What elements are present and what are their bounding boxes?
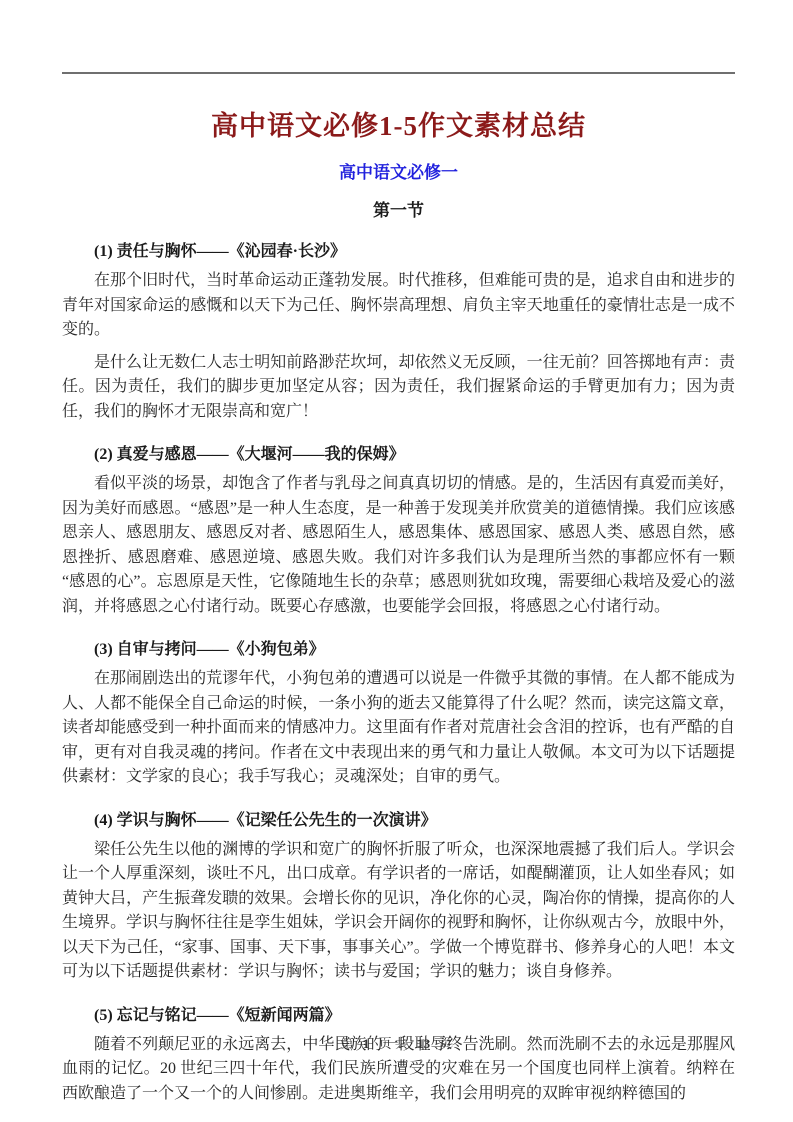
body-paragraph: 梁任公先生以他的渊博的学识和宽广的胸怀折服了听众，也深深地震撼了我们后人。学识会…: [62, 838, 735, 985]
footer-label-of: 页 共: [379, 1036, 408, 1051]
body-paragraph: 在那闹剧迭出的荒谬年代，小狗包弟的遭遇可以说是一件微乎其微的事情。在人都不能成为…: [62, 667, 735, 790]
body-paragraph: 是什么让无数仁人志士明知前路渺茫坎坷，却依然义无反顾，一往无前？回答掷地有声：责…: [62, 351, 735, 425]
page-footer: 第 1 页 共 13 页: [0, 1033, 793, 1052]
header-rule: [62, 72, 735, 74]
footer-total-pages: 13: [417, 1036, 430, 1051]
footer-label-pages: 页: [439, 1036, 452, 1051]
doc-subtitle: 高中语文必修一: [62, 158, 735, 183]
section-title: 第一节: [62, 196, 735, 221]
doc-title: 高中语文必修1-5作文素材总结: [62, 104, 735, 143]
item-heading-3: (3) 自审与拷问——《小狗包弟》: [62, 636, 735, 659]
footer-current-page: 1: [363, 1036, 370, 1051]
document-page: 高中语文必修1-5作文素材总结 高中语文必修一 第一节 (1) 责任与胸怀——《…: [0, 0, 793, 1122]
item-heading-1: (1) 责任与胸怀——《沁园春·长沙》: [62, 238, 735, 261]
item-heading-4: (4) 学识与胸怀——《记梁任公先生的一次演讲》: [62, 807, 735, 830]
footer-label-page: 第: [341, 1036, 354, 1051]
document-content: 高中语文必修1-5作文素材总结 高中语文必修一 第一节 (1) 责任与胸怀——《…: [62, 0, 735, 1114]
item-heading-5: (5) 忘记与铭记——《短新闻两篇》: [62, 1002, 735, 1025]
item-heading-2: (2) 真爱与感恩——《大堰河——我的保姆》: [62, 441, 735, 464]
body-paragraph: 在那个旧时代，当时革命运动正蓬勃发展。时代推移，但难能可贵的是，追求自由和进步的…: [62, 269, 735, 343]
body-paragraph: 看似平淡的场景，却饱含了作者与乳母之间真真切切的情感。是的，生活因有真爱而美好，…: [62, 472, 735, 619]
